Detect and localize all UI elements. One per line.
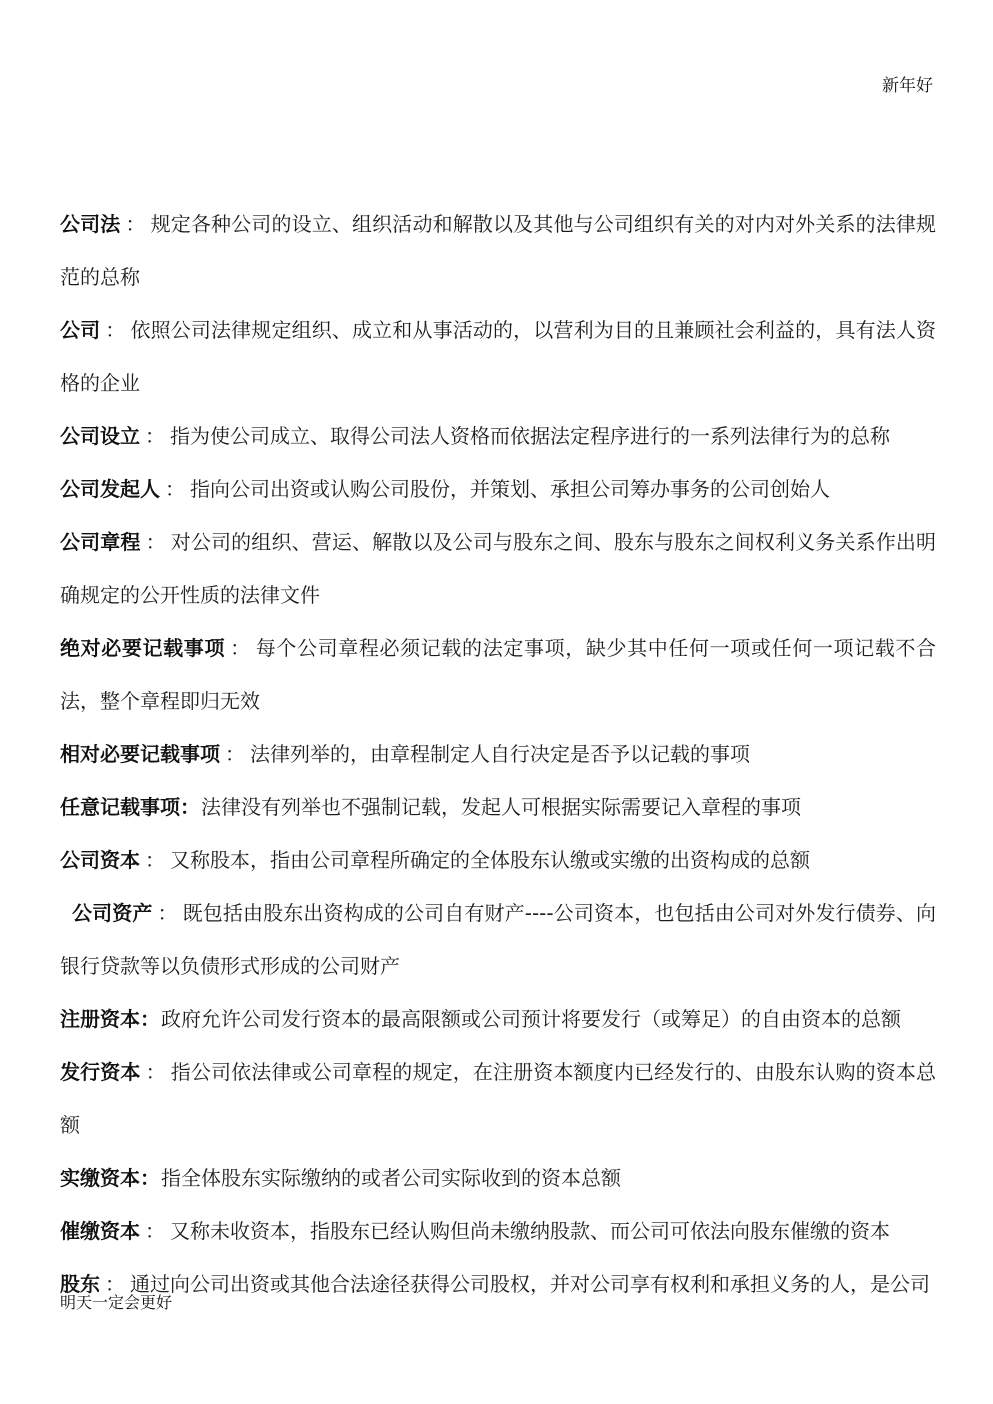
- term-colon: ：: [180, 795, 200, 819]
- term-colon: ：: [145, 424, 165, 448]
- term-colon: ：: [225, 742, 245, 766]
- definitions-list: 公司法：规定各种公司的设立、组织活动和解散以及其他与公司组织有关的对内对外关系的…: [60, 198, 936, 1311]
- term-colon: ：: [105, 318, 125, 342]
- definition-entry: 公司法：规定各种公司的设立、组织活动和解散以及其他与公司组织有关的对内对外关系的…: [60, 198, 936, 304]
- definition: 依照公司法律规定组织、成立和从事活动的，以营利为目的且兼顾社会利益的，具有法人资…: [60, 318, 936, 395]
- term-colon: ：: [158, 901, 178, 925]
- definition: 指公司依法律或公司章程的规定，在注册资本额度内已经发行的、由股东认购的资本总额: [60, 1060, 936, 1137]
- term: 绝对必要记载事项: [60, 636, 225, 660]
- definition-entry: 公司资本：又称股本，指由公司章程所确定的全体股东认缴或实缴的出资构成的总额: [60, 834, 936, 887]
- term: 公司设立: [60, 424, 140, 448]
- definition-entry: 实缴资本：指全体股东实际缴纳的或者公司实际收到的资本总额: [60, 1152, 936, 1205]
- term: 公司章程: [60, 530, 141, 554]
- definition: 对公司的组织、营运、解散以及公司与股东之间、股东与股东之间权利义务关系作出明确规…: [60, 530, 936, 607]
- term: 催缴资本: [60, 1219, 140, 1243]
- term: 发行资本: [60, 1060, 141, 1084]
- term: 公司资产: [72, 901, 153, 925]
- term: 实缴资本: [60, 1166, 140, 1190]
- term-colon: ：: [145, 848, 165, 872]
- definition-entry: 绝对必要记载事项：每个公司章程必须记载的法定事项，缺少其中任何一项或任何一项记载…: [60, 622, 936, 728]
- definition-entry: 公司发起人：指向公司出资或认购公司股份，并策划、承担公司筹办事务的公司创始人: [60, 463, 936, 516]
- term: 任意记载事项: [60, 795, 180, 819]
- term: 公司资本: [60, 848, 140, 872]
- term-colon: ：: [140, 1166, 160, 1190]
- term-colon: ：: [125, 212, 145, 236]
- definition: 通过向公司出资或其他合法途径获得公司股权，并对公司享有权利和承担义务的人，是公司: [130, 1272, 930, 1296]
- definition-entry: 注册资本：政府允许公司发行资本的最高限额或公司预计将要发行（或筹足）的自由资本的…: [60, 993, 936, 1046]
- definition-entry: 发行资本：指公司依法律或公司章程的规定，在注册资本额度内已经发行的、由股东认购的…: [60, 1046, 936, 1152]
- definition: 又称未收资本，指股东已经认购但尚未缴纳股款、而公司可依法向股东催缴的资本: [170, 1219, 890, 1243]
- definition-entry: 催缴资本：又称未收资本，指股东已经认购但尚未缴纳股款、而公司可依法向股东催缴的资…: [60, 1205, 936, 1258]
- term: 公司: [60, 318, 100, 342]
- definition-entry: 公司章程：对公司的组织、营运、解散以及公司与股东之间、股东与股东之间权利义务关系…: [60, 516, 936, 622]
- definition: 规定各种公司的设立、组织活动和解散以及其他与公司组织有关的对内对外关系的法律规范…: [60, 212, 936, 289]
- definition-entry: 任意记载事项：法律没有列举也不强制记载，发起人可根据实际需要记入章程的事项: [60, 781, 936, 834]
- definition-entry: 公司资产：既包括由股东出资构成的公司自有财产----公司资本，也包括由公司对外发…: [60, 887, 936, 993]
- footer-note: 明天一定会更好: [60, 1292, 172, 1314]
- definition: 指全体股东实际缴纳的或者公司实际收到的资本总额: [161, 1166, 621, 1190]
- term-colon: ：: [140, 1007, 160, 1031]
- definition: 又称股本，指由公司章程所确定的全体股东认缴或实缴的出资构成的总额: [170, 848, 810, 872]
- document-page: 新年好 公司法：规定各种公司的设立、组织活动和解散以及其他与公司组织有关的对内对…: [0, 0, 993, 1404]
- definition-entry: 公司：依照公司法律规定组织、成立和从事活动的，以营利为目的且兼顾社会利益的，具有…: [60, 304, 936, 410]
- definition: 政府允许公司发行资本的最高限额或公司预计将要发行（或筹足）的自由资本的总额: [161, 1007, 901, 1031]
- definition: 法律列举的，由章程制定人自行决定是否予以记载的事项: [250, 742, 750, 766]
- term: 相对必要记载事项: [60, 742, 220, 766]
- definition-entry: 公司设立：指为使公司成立、取得公司法人资格而依据法定程序进行的一系列法律行为的总…: [60, 410, 936, 463]
- term: 注册资本: [60, 1007, 140, 1031]
- term-colon: ：: [145, 1219, 165, 1243]
- term-colon: ：: [230, 636, 251, 660]
- term-colon: ：: [146, 530, 166, 554]
- header-note: 新年好: [882, 74, 933, 98]
- definition-entry: 相对必要记载事项：法律列举的，由章程制定人自行决定是否予以记载的事项: [60, 728, 936, 781]
- term-colon: ：: [146, 1060, 166, 1084]
- definition-entry: 股东：通过向公司出资或其他合法途径获得公司股权，并对公司享有权利和承担义务的人，…: [60, 1258, 936, 1311]
- term: 公司法: [60, 212, 120, 236]
- term-colon: ：: [165, 477, 185, 501]
- definition: 指为使公司成立、取得公司法人资格而依据法定程序进行的一系列法律行为的总称: [170, 424, 890, 448]
- definition: 指向公司出资或认购公司股份，并策划、承担公司筹办事务的公司创始人: [190, 477, 830, 501]
- definition: 法律没有列举也不强制记载，发起人可根据实际需要记入章程的事项: [201, 795, 801, 819]
- term: 公司发起人: [60, 477, 160, 501]
- definition: 既包括由股东出资构成的公司自有财产----公司资本，也包括由公司对外发行债券、向…: [60, 901, 936, 978]
